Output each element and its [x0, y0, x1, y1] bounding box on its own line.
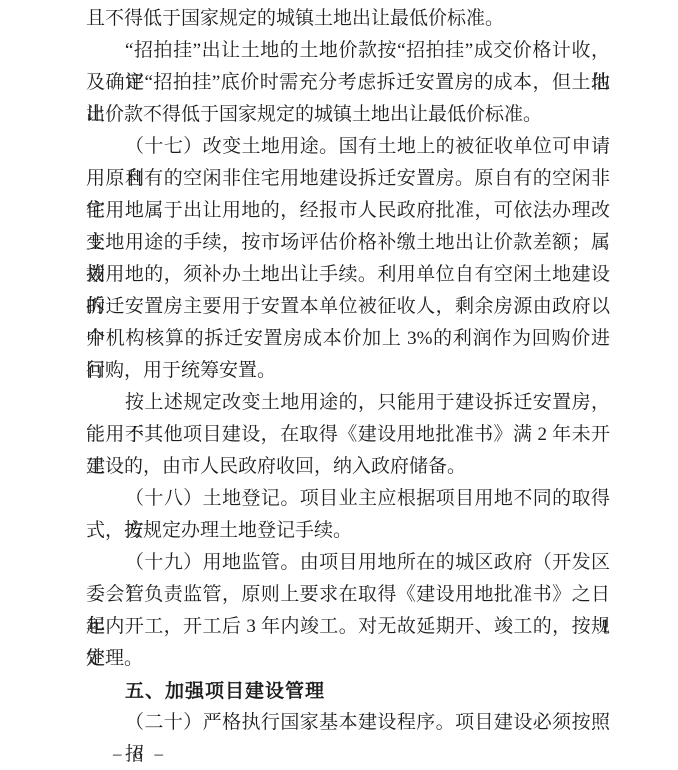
document-page: 且不得低于国家规定的城镇土地出让最低价标准。“招拍挂”出让土地的土地价款按“招拍…: [0, 0, 678, 770]
page-number: – 6 –: [113, 742, 167, 766]
text-line: 建设的，由市人民政府收回，纳入政府储备。: [86, 451, 610, 483]
text-line: （二十）严格执行国家基本建设程序。项目建设必须按照招: [86, 707, 610, 739]
text-line: “招拍挂”出让土地的土地价款按“招拍挂”成交价格计收，评估: [86, 35, 610, 67]
text-line: 年内开工，开工后 3 年内竣工。对无故延期开、竣工的，按规定: [86, 611, 610, 643]
section-heading: 五、加强项目建设管理: [86, 675, 610, 707]
document-body: 且不得低于国家规定的城镇土地出让最低价标准。“招拍挂”出让土地的土地价款按“招拍…: [86, 3, 610, 739]
text-line: 回购，用于统筹安置。: [86, 355, 610, 387]
text-line: （十八）土地登记。项目业主应根据项目用地不同的取得方: [86, 483, 610, 515]
text-line: 让价款不得低于国家规定的城镇土地出让最低价标准。: [86, 99, 610, 131]
text-line: 宅用地属于出让用地的，经报市人民政府批准，可依法办理改变: [86, 195, 610, 227]
text-line: 且不得低于国家规定的城镇土地出让最低价标准。: [86, 3, 610, 35]
text-line: 委会）负责监管，原则上要求在取得《建设用地批准书》之日起 1: [86, 579, 610, 611]
text-line: （十七）改变土地用途。国有土地上的被征收单位可申请利: [86, 131, 610, 163]
text-line: 及确定“招拍挂”底价时需充分考虑拆迁安置房的成本，但土地出: [86, 67, 610, 99]
text-line: （十九）用地监管。由项目用地所在的城区政府（开发区管: [86, 547, 610, 579]
text-line: 介机构核算的拆迁安置房成本价加上 3%的利润作为回购价进行: [86, 323, 610, 355]
text-line: 式，按规定办理土地登记手续。: [86, 515, 610, 547]
text-line: 土地用途的手续，按市场评估价格补缴土地出让价款差额；属划: [86, 227, 610, 259]
text-line: 能用于其他项目建设，在取得《建设用地批准书》满 2 年未开工: [86, 419, 610, 451]
text-line: 拨用地的，须补办土地出让手续。利用单位自有空闲土地建设的: [86, 259, 610, 291]
text-line: 拆迁安置房主要用于安置本单位被征收人，剩余房源由政府以中: [86, 291, 610, 323]
text-line: 按上述规定改变土地用途的，只能用于建设拆迁安置房，不: [86, 387, 610, 419]
text-line: 处理。: [86, 643, 610, 675]
text-line: 用原自有的空闲非住宅用地建设拆迁安置房。原自有的空闲非住: [86, 163, 610, 195]
